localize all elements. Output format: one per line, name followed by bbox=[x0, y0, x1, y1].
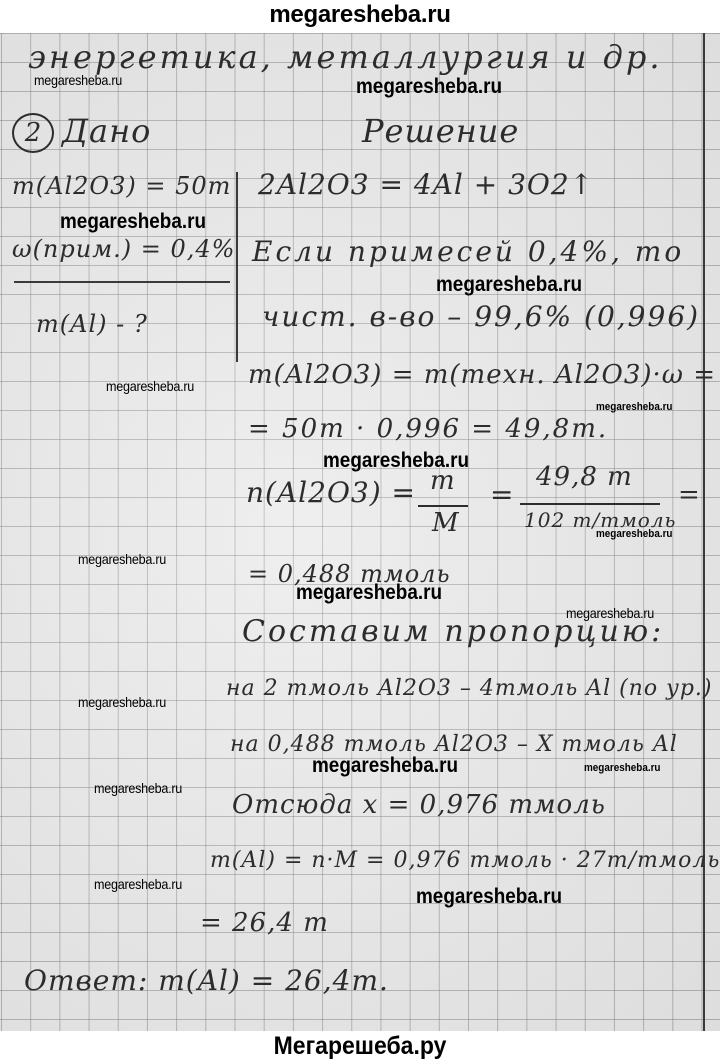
watermark: megaresheba.ru bbox=[94, 876, 182, 892]
proportion-line-1: на 2 тмоль Al2O3 – 4тмоль Al (по ур.) bbox=[226, 676, 713, 701]
given-mass: m(Al2O3) = 50т bbox=[12, 172, 231, 200]
given-impurity: ω(прим.) = 0,4% bbox=[12, 235, 235, 263]
impurity-line-2: чист. в-во – 99,6% (0,996) bbox=[262, 300, 700, 333]
watermark: megaresheba.ru bbox=[416, 885, 562, 909]
moles-equals: = bbox=[490, 478, 514, 511]
watermark: megaresheba.ru bbox=[596, 401, 672, 413]
answer: Ответ: m(Al) = 26,4т. bbox=[24, 964, 389, 997]
margin-line bbox=[703, 33, 705, 1031]
mass-formula: m(Al2O3) = m(техн. Al2O3)·ω = bbox=[248, 360, 716, 390]
site-banner-bottom: Мегарешеба.ру bbox=[29, 1031, 691, 1064]
watermark: megaresheba.ru bbox=[323, 449, 469, 473]
moles-frac1-den: M bbox=[432, 508, 460, 538]
watermark: megaresheba.ru bbox=[356, 75, 502, 99]
moles-prefix: n(Al2O3) = bbox=[246, 476, 416, 509]
watermark: megaresheba.ru bbox=[60, 210, 206, 234]
watermark: megaresheba.ru bbox=[34, 72, 122, 88]
fraction-bar-1 bbox=[418, 505, 468, 507]
given-heading: Дано bbox=[62, 112, 151, 150]
reaction-equation: 2Al2O3 = 4Al + 3O2↑ bbox=[258, 168, 594, 201]
solution-heading: Решение bbox=[362, 112, 519, 150]
task-number: 2 bbox=[12, 113, 54, 153]
watermark: megaresheba.ru bbox=[312, 754, 458, 778]
site-banner-top: megaresheba.ru bbox=[0, 0, 720, 33]
x-result: Отсюда x = 0,976 тмоль bbox=[232, 790, 606, 820]
al-mass-formula: m(Al) = n·M = 0,976 тмоль · 27т/тмоль bbox=[210, 848, 720, 873]
watermark: megaresheba.ru bbox=[94, 780, 182, 796]
given-solution-divider bbox=[236, 172, 238, 362]
impurity-line-1: Если примесей 0,4%, то bbox=[252, 235, 684, 268]
fraction-bar-2 bbox=[520, 503, 660, 505]
al-mass-result: = 26,4 т bbox=[200, 908, 329, 938]
watermark: megaresheba.ru bbox=[436, 273, 582, 297]
mass-calculation: = 50т · 0,996 = 49,8т. bbox=[248, 414, 608, 444]
watermark: megaresheba.ru bbox=[296, 581, 442, 605]
moles-frac2-num: 49,8 т bbox=[536, 462, 633, 492]
continued-text: энергетика, металлургия и др. bbox=[28, 38, 663, 76]
watermark: megaresheba.ru bbox=[596, 528, 672, 540]
watermark: megaresheba.ru bbox=[584, 762, 660, 774]
given-find-divider bbox=[14, 281, 230, 283]
moles-trailing-equals: = bbox=[678, 480, 701, 510]
watermark: megaresheba.ru bbox=[78, 694, 166, 710]
watermark: megaresheba.ru bbox=[566, 605, 654, 621]
watermark: megaresheba.ru bbox=[78, 551, 166, 567]
find-value: m(Al) - ? bbox=[36, 310, 148, 338]
watermark: megaresheba.ru bbox=[106, 378, 194, 394]
